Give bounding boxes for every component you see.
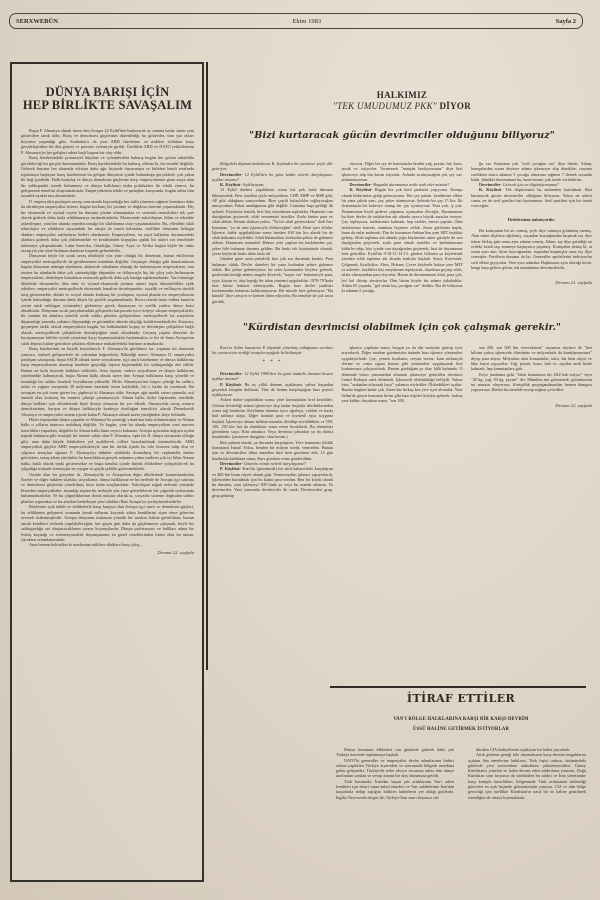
speaker-label: P. Köylüsü- bbox=[220, 382, 242, 387]
speaker-label: Devrimciler- bbox=[220, 371, 243, 376]
text-column: Dünya basınının dikkatleri son günlerde … bbox=[336, 747, 454, 800]
paragraph: Başta F. Almanya olmak üzere tüm Avrupa … bbox=[21, 128, 194, 155]
article-title: İTİRAF ETTİLER bbox=[336, 692, 586, 705]
speaker-label: Devrimciler- bbox=[220, 172, 243, 177]
answer: K. Köylüsü- Tek düşüncemiz bu zulümden k… bbox=[471, 187, 592, 208]
separator: * * * bbox=[212, 360, 333, 365]
paragraph: NATO'lu generaller ve emperyalist devlet… bbox=[336, 758, 454, 779]
column-divider bbox=[206, 62, 208, 670]
paragraph: Köye jandarma gelir "falan komutanın bir… bbox=[471, 372, 592, 393]
paragraph: Barış hareketindeki potansiyel büyüme ve… bbox=[21, 155, 194, 199]
paragraph: Günden güne artan pahalılık bizi çok zor… bbox=[212, 256, 333, 304]
paragraph: Hitler faşizminin dünya çapında ve Alman… bbox=[21, 417, 194, 472]
answer: P. Köylüsü- Kars'da (gözetimde) bir sürü… bbox=[212, 466, 333, 498]
text-column: sen 200, sen 500 bin vereceksiniz" suçum… bbox=[471, 345, 592, 408]
subheading: Dedelerimiz anlatıyordu: bbox=[471, 217, 592, 222]
text-column: Kars'ın Selim kazasının P. köyünde yönet… bbox=[212, 345, 333, 498]
paragraph: Askeri darbe yapıldıktan sonra, yöre kom… bbox=[212, 397, 333, 439]
paragraph: rüyoruz. Diğer bir şey de komutanlar biz… bbox=[342, 161, 463, 182]
paragraph: Ortada olan bir gerçektir ki, Almanya'da… bbox=[21, 472, 194, 505]
text-column: rüyoruz. Diğer bir şey de komutanlar biz… bbox=[342, 161, 463, 293]
publication-name: SERXWEBÛN bbox=[16, 18, 58, 25]
text-column: dürülen CİA faaliyetlerini açıklayan bir… bbox=[468, 747, 586, 800]
headline-line: HALKIMIZ bbox=[212, 90, 592, 101]
paragraph: Dünyanın böyle bir sıcak savaş tehditiyl… bbox=[21, 253, 194, 346]
article-columns: Dünya basınının dikkatleri son günlerde … bbox=[336, 747, 586, 800]
paragraph: Türk basınında, İran'dan kaçan şah artık… bbox=[336, 779, 454, 800]
pull-quote: "Bizi kurtaracak gücün devrimciler olduğ… bbox=[212, 130, 592, 141]
intro-paragraph: Kars'ın Selim kazasının P. köyünde yönet… bbox=[212, 345, 333, 356]
masthead: SERXWEBÛN Ekim 1983 Sayfa 2 bbox=[9, 13, 583, 29]
subtitle-line: ÜSSÜ HALİNE GETİRMEK İSTİYORLAR bbox=[336, 725, 586, 735]
paragraph: Bir komşunun bir atı varmış, şeylı diye … bbox=[471, 228, 592, 270]
title-line: HEP BİRLİKTE SAVAŞALIM bbox=[21, 99, 194, 112]
kurdistan-headline: "Kürdistan devrimcisi olabilmek için çok… bbox=[212, 322, 592, 333]
subtitle-line: VAN'I BÖLGE HALKLARINA KARŞI BİR KARŞI-D… bbox=[336, 715, 586, 725]
speaker-label: Devrimciler- bbox=[350, 182, 373, 187]
paragraph: Dünya basınının dikkatleri son günlerde … bbox=[336, 747, 454, 758]
section-divider bbox=[330, 686, 586, 688]
answer: P. Köylüsü- Bu üç yıllık dönemi açıklasa… bbox=[212, 382, 333, 398]
paragraph: Barış hareketinin en büyük boyutlarıyla … bbox=[21, 346, 194, 417]
headline-rest: DİYOR bbox=[437, 101, 471, 111]
article-pkk-interview: HALKIMIZ "TEK UMUDUMUZ PKK" DİYOR "Bizi … bbox=[212, 62, 592, 498]
article-columns: Bölgedeki düşman baskılarını K. köyünden… bbox=[212, 161, 592, 304]
headline-line: "TEK UMUDUMUZ PKK" DİYOR bbox=[212, 101, 592, 112]
article-headline: HALKIMIZ "TEK UMUDUMUZ PKK" DİYOR bbox=[212, 90, 592, 112]
speaker-label: K. Köylüsü- bbox=[479, 187, 503, 192]
headline-emphasis: "TEK UMUDUMUZ PKK" bbox=[333, 101, 437, 111]
speech-text: Gözetim evinde nelerle karşılaştınız? bbox=[243, 461, 306, 466]
paragraph: II. emperyalist paylaşım savaşı sonrasın… bbox=[21, 199, 194, 254]
paragraph: Ben şahsım olarak, şu durumla karşılaştı… bbox=[212, 440, 333, 461]
paragraph: Böylesine açık tehdit ve tehlikelerle ka… bbox=[21, 504, 194, 542]
article-world-peace: DÜNYA BARIŞI İÇİN HEP BİRLİKTE SAVAŞALIM… bbox=[10, 62, 204, 882]
continued-note: Devamı 21. sayfada bbox=[471, 280, 592, 285]
intro-paragraph: Bölgedeki düşman baskılarını K. köyünden… bbox=[212, 161, 333, 172]
speech-text: Açıklıyayım. bbox=[242, 182, 265, 187]
paragraph: işkence yapıktan sonra, baygın ya da ölü… bbox=[342, 345, 463, 403]
text-column: Bölgedeki düşman baskılarını K. köyünden… bbox=[212, 161, 333, 304]
answer: K. Köylüsü- Bugün biz çok kötü şartlarda… bbox=[342, 187, 463, 293]
paragraph: sen 200, sen 500 bin vereceksiniz" suçum… bbox=[471, 345, 592, 371]
issue-date: Ekim 1983 bbox=[292, 18, 321, 25]
article-subtitle: VAN'I BÖLGE HALKLARINA KARŞI BİR KARŞI-D… bbox=[336, 715, 586, 735]
speaker-label: P. Köylüsü- bbox=[220, 466, 241, 471]
article-columns: Kars'ın Selim kazasının P. köyünde yönet… bbox=[212, 345, 592, 498]
page-number: Sayfa 2 bbox=[556, 18, 576, 25]
speaker-label: Devrimciler- bbox=[220, 461, 243, 466]
question: Devrimciler- 12 Eylül'den bu güne kadar … bbox=[212, 172, 333, 183]
speech-text: Bugün biz çok kötü şartlarda yaşıyoruz. … bbox=[342, 187, 463, 293]
speaker-label: K. Köylüsü- bbox=[220, 182, 242, 187]
continued-note: Devamı 22. sayfada bbox=[21, 550, 194, 555]
question: Devrimciler- 12 Eylül 1980'den bu güne k… bbox=[212, 371, 333, 382]
article-body: Başta F. Almanya olmak üzere tüm Avrupa … bbox=[21, 128, 194, 548]
paragraph: 12 Eylül darbesi yapıldıktan sonra biz p… bbox=[212, 187, 333, 256]
paragraph: ğu var. Komutan yok "yedi çocuğun var" d… bbox=[471, 161, 592, 182]
paragraph: Artık gizleme gereği bile duymaksızın ka… bbox=[468, 752, 586, 800]
paragraph: Ama hemen belirtelim ki merkezine nüklee… bbox=[21, 542, 194, 547]
text-column: ğu var. Komutan yok "yedi çocuğun var" d… bbox=[471, 161, 592, 286]
article-title: DÜNYA BARIŞI İÇİN HEP BİRLİKTE SAVAŞALIM bbox=[21, 86, 194, 112]
continued-note: Devamı 22. sayfada bbox=[471, 403, 592, 408]
speech-text: Bugünkü durumunuz nedir izah eder misini… bbox=[372, 182, 449, 187]
speaker-label: K. Köylüsü- bbox=[350, 187, 373, 192]
article-itiraf: İTİRAF ETTİLER VAN'I BÖLGE HALKLARINA KA… bbox=[336, 692, 586, 800]
speaker-label: Devrimciler- bbox=[479, 182, 502, 187]
speech-text: Kars'da (gözetimde) bir sürü hakaretlerl… bbox=[212, 466, 333, 497]
text-column: işkence yapıktan sonra, baygın ya da ölü… bbox=[342, 345, 463, 403]
speech-text: Gelecek için ne düşünüyorsunuz? bbox=[502, 182, 559, 187]
